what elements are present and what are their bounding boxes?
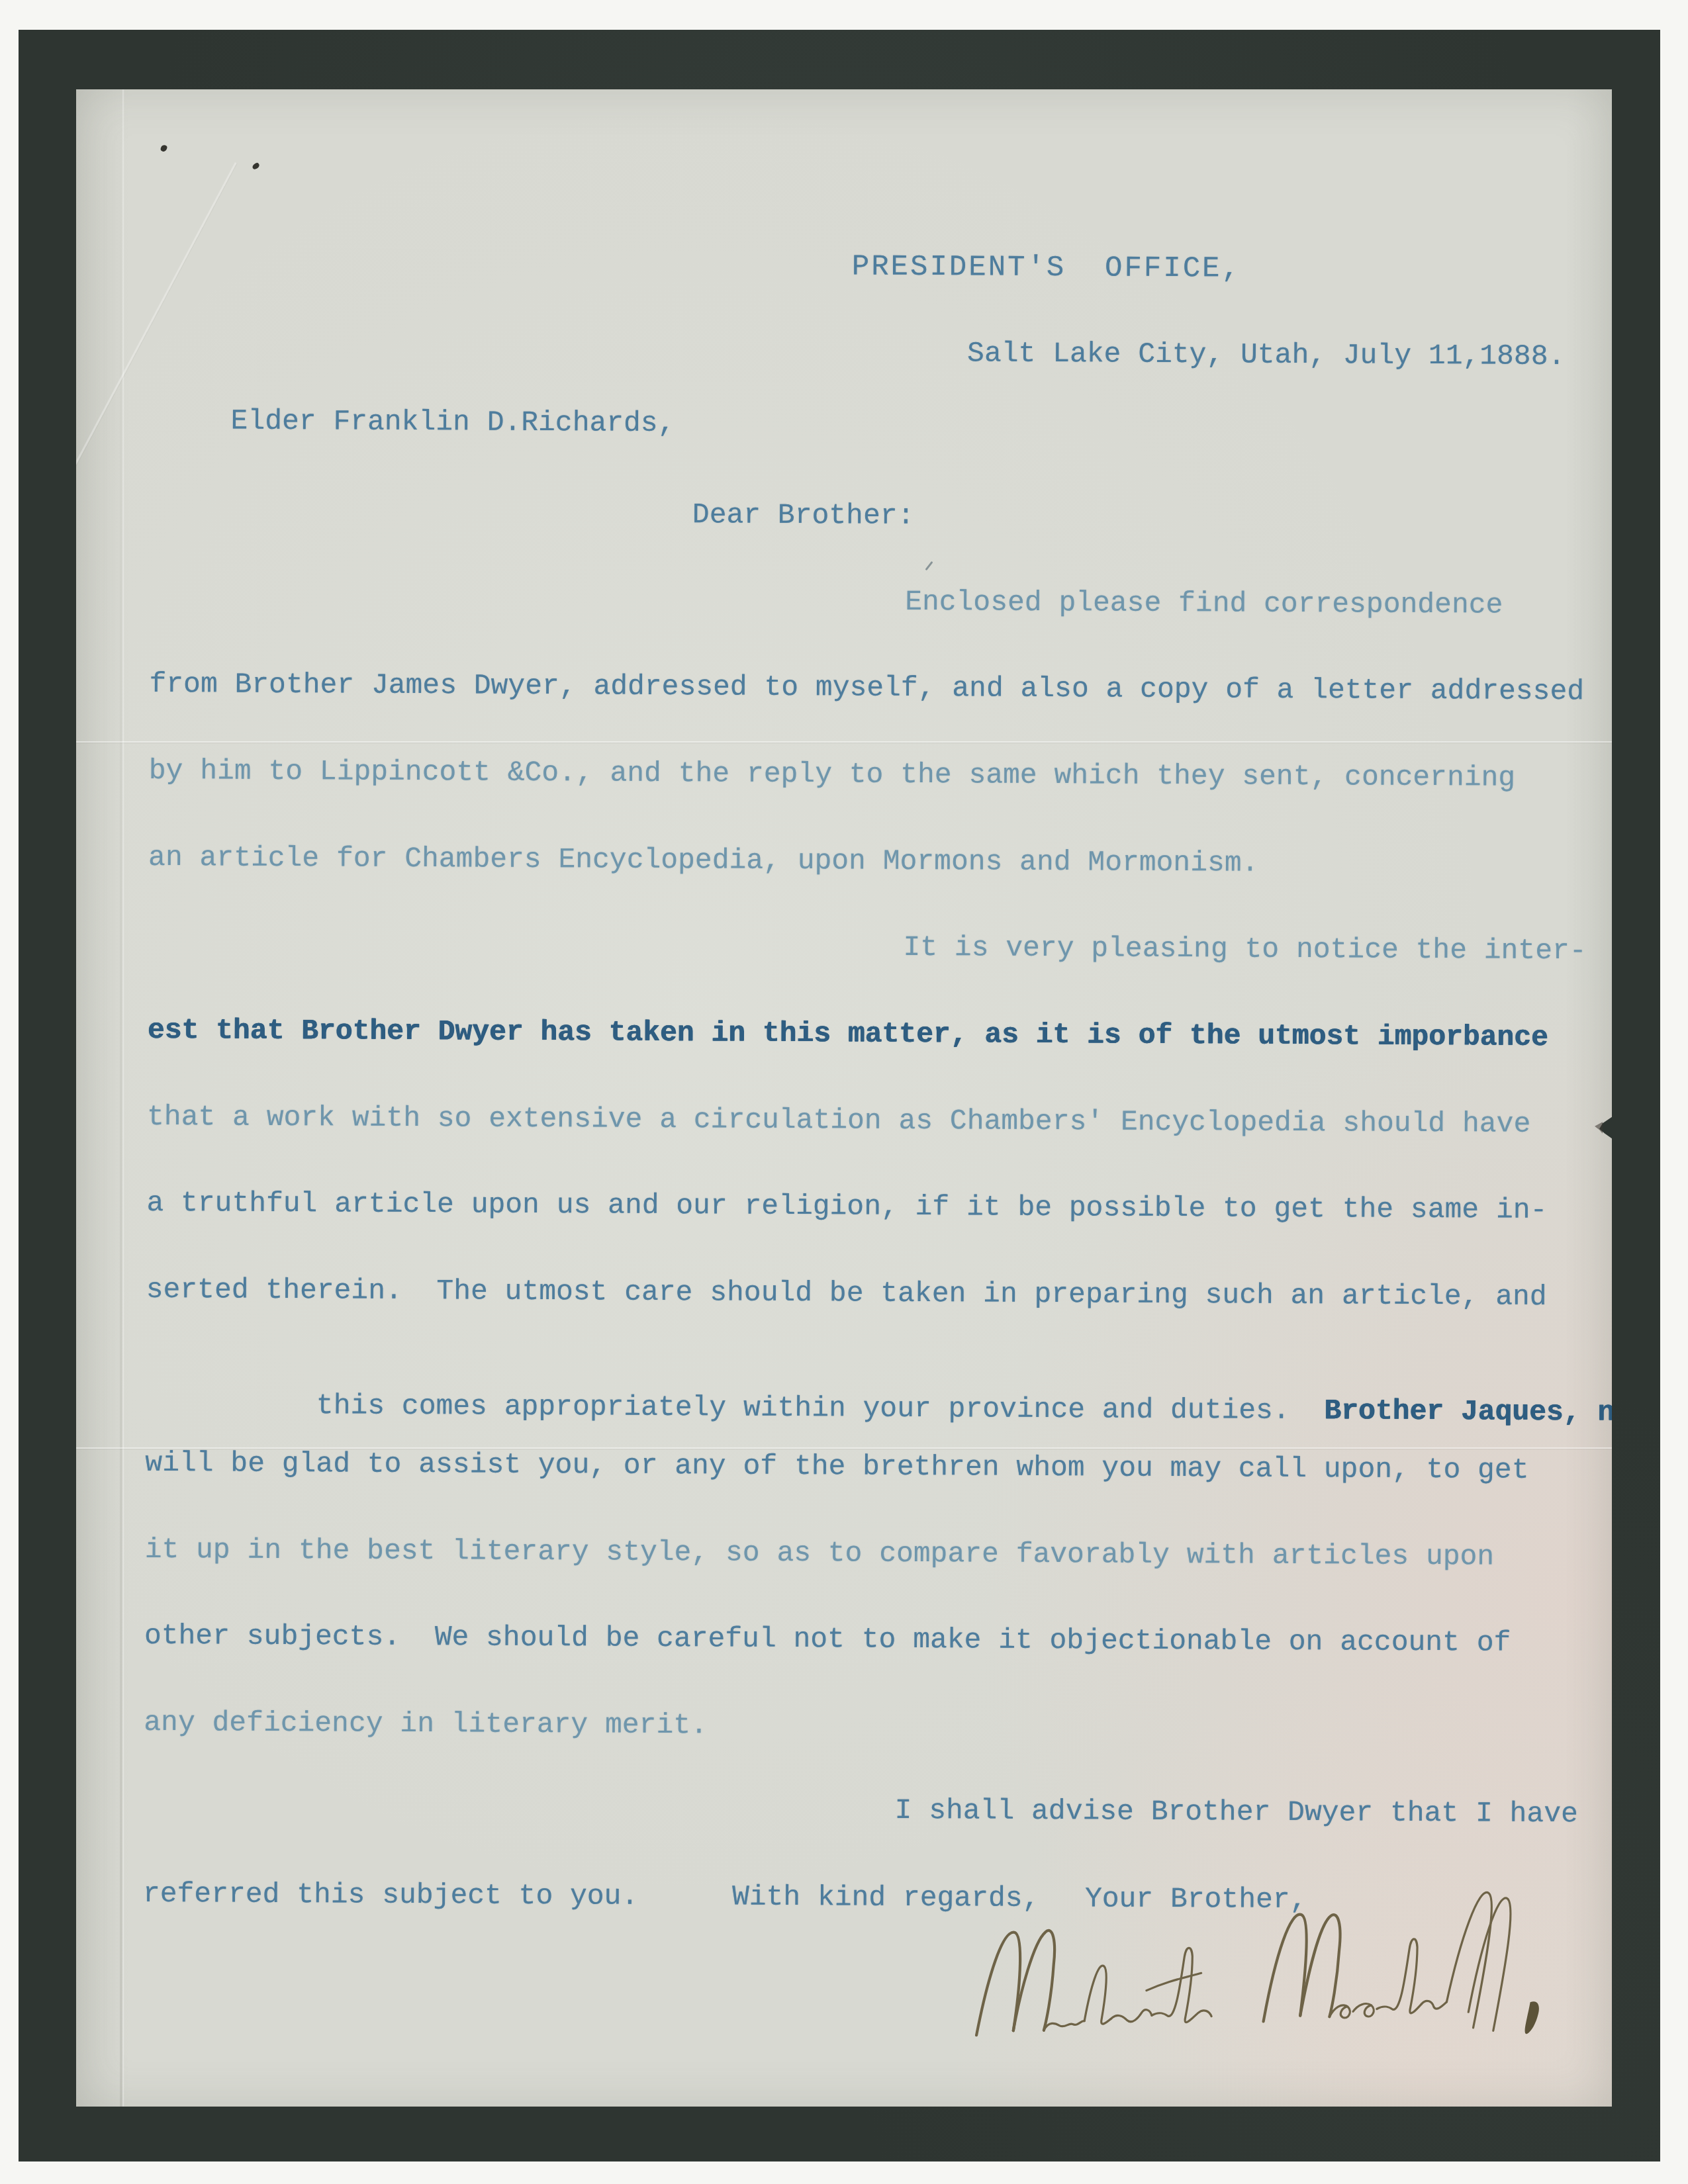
typed-line: any deficiency in literary merit. [144, 1708, 708, 1739]
overstruck-line: est that Brother Dwyer has taken in this… [148, 1016, 1548, 1052]
typed-line-mixed: this comes appropriately within your pro… [146, 1362, 1612, 1456]
typed-line: an article for Chambers Encyclopedia, up… [148, 843, 1258, 878]
typed-line: by him to Lippincott &Co., and the reply… [149, 756, 1516, 792]
mat-background: PRESIDENT'S OFFICE, Salt Lake City, Utah… [19, 30, 1660, 2161]
paragraph1-opening: Enclosed please find correspondence [905, 588, 1503, 619]
closing-left: referred this subject to you. [143, 1880, 639, 1911]
typed-line: serted therein. The utmost care should b… [146, 1275, 1547, 1311]
typed-line: that a work with so extensive a circulat… [147, 1103, 1530, 1138]
office-heading: PRESIDENT'S OFFICE, [852, 253, 1241, 284]
recipient-line: Elder Franklin D.Richards, [231, 407, 675, 438]
typed-line: other subjects. We should be careful not… [144, 1621, 1511, 1657]
date-line: Salt Lake City, Utah, July 11,1888. [967, 339, 1565, 371]
paragraph3-opening: I shall advise Brother Dwyer that I have [895, 1796, 1578, 1828]
typed-line: will be glad to assist you, or any of th… [145, 1449, 1528, 1484]
typed-segment: this comes appropriately within your pro… [316, 1389, 1325, 1427]
typed-text-layer: PRESIDENT'S OFFICE, Salt Lake City, Utah… [76, 89, 1612, 2107]
salutation: Dear Brother: [692, 500, 915, 530]
paragraph2-opening: It is very pleasing to notice the inter- [903, 933, 1586, 965]
typed-segment-bold: Brother Jaques, no doubt, [1324, 1394, 1612, 1429]
signature-script [970, 1890, 1540, 2063]
letter-page: PRESIDENT'S OFFICE, Salt Lake City, Utah… [76, 89, 1612, 2107]
scan-frame: PRESIDENT'S OFFICE, Salt Lake City, Utah… [0, 0, 1688, 2184]
signature-wilford-woodruff [950, 1876, 1612, 2075]
typed-line: a truthful article upon us and our relig… [146, 1189, 1547, 1224]
typed-line: from Brother James Dwyer, addressed to m… [149, 670, 1584, 705]
typed-line: it up in the best literary style, so as … [145, 1535, 1495, 1571]
